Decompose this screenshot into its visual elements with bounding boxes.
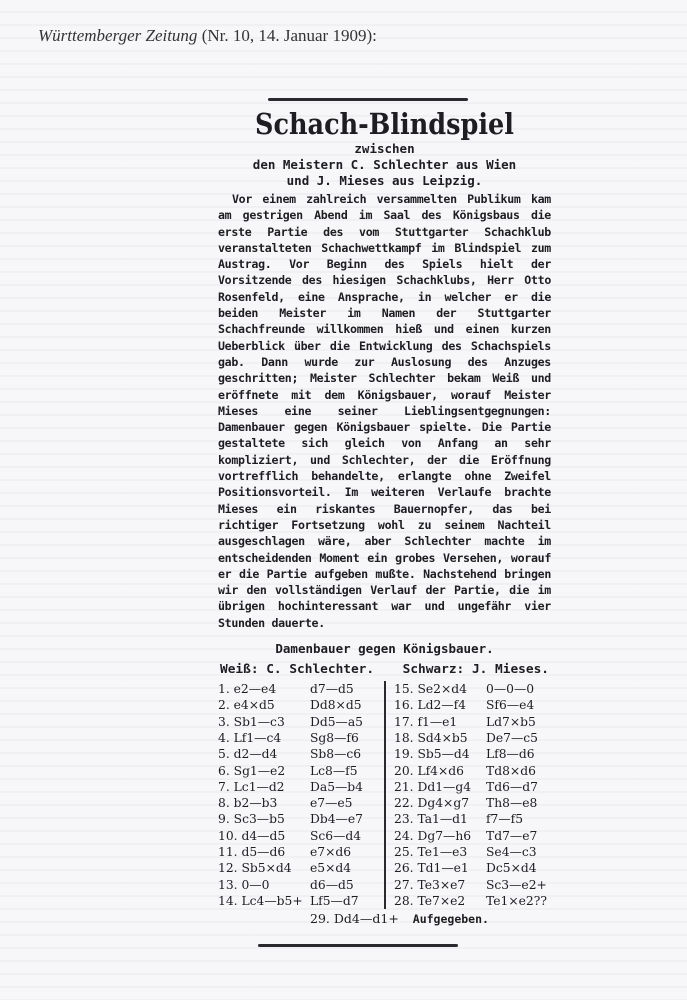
- subtitle-players-1: den Meistern C. Schlechter aus Wien: [218, 157, 551, 173]
- article-body: Vor einem zahlreich versammelten Publiku…: [218, 191, 551, 631]
- white-move: 4. Lf1—c4: [218, 730, 310, 746]
- white-move: 9. Sc3—b5: [218, 811, 310, 827]
- move-list: 1. e2—e4d7—d5 2. e4×d5Dd8×d5 3. Sb1—c3Dd…: [218, 681, 551, 909]
- black-move: Sc3—e2+: [486, 877, 558, 893]
- white-move: 7. Lc1—d2: [218, 779, 310, 795]
- black-move: Sg8—f6: [310, 730, 382, 746]
- white-move: 14. Lc4—b5+: [218, 893, 310, 909]
- white-move: 15. Se2×d4: [394, 681, 486, 697]
- black-move: Dc5×d4: [486, 860, 558, 876]
- move-row: 8. b2—b3e7—e5: [218, 795, 382, 811]
- black-move: Se4—c3: [486, 844, 558, 860]
- move-row: 11. d5—d6e7×d6: [218, 844, 382, 860]
- move-row: 25. Te1—e3Se4—c3: [394, 844, 558, 860]
- black-move: Dd8×d5: [310, 697, 382, 713]
- white-move: 17. f1—e1: [394, 714, 486, 730]
- white-move: 5. d2—d4: [218, 746, 310, 762]
- white-move: 26. Td1—e1: [394, 860, 486, 876]
- black-move: Td6—d7: [486, 779, 558, 795]
- black-move: Da5—b4: [310, 779, 382, 795]
- move-row: 24. Dg7—h6Td7—e7: [394, 828, 558, 844]
- black-move: De7—c5: [486, 730, 558, 746]
- move-row: 9. Sc3—b5Db4—e7: [218, 811, 382, 827]
- game-opening-title: Damenbauer gegen Königsbauer.: [218, 641, 551, 656]
- black-move: Dd5—a5: [310, 714, 382, 730]
- black-move: Lf8—d6: [486, 746, 558, 762]
- game-result: Aufgegeben.: [413, 912, 489, 926]
- subtitle-players-2: und J. Mieses aus Leipzig.: [218, 173, 551, 189]
- black-move: 0—0—0: [486, 681, 558, 697]
- move-row: 26. Td1—e1Dc5×d4: [394, 860, 558, 876]
- move-row: 1. e2—e4d7—d5: [218, 681, 382, 697]
- issue-info: (Nr. 10, 14. Januar 1909):: [202, 26, 377, 45]
- bottom-rule: [258, 944, 458, 947]
- move-row: 19. Sb5—d4Lf8—d6: [394, 746, 558, 762]
- move-row: 21. Dd1—g4Td6—d7: [394, 779, 558, 795]
- white-move: 25. Te1—e3: [394, 844, 486, 860]
- white-move: 3. Sb1—c3: [218, 714, 310, 730]
- black-move: e5×d4: [310, 860, 382, 876]
- move-row: 4. Lf1—c4Sg8—f6: [218, 730, 382, 746]
- source-citation: Württemberger Zeitung (Nr. 10, 14. Janua…: [38, 26, 377, 46]
- article-title: Schach-Blindspiel: [238, 107, 531, 141]
- white-move: 10. d4—d5: [218, 828, 310, 844]
- white-move: 12. Sb5×d4: [218, 860, 310, 876]
- black-move: Td8×d6: [486, 763, 558, 779]
- black-move: Td7—e7: [486, 828, 558, 844]
- move-row: 6. Sg1—e2Lc8—f5: [218, 763, 382, 779]
- final-move: 29. Dd4—d1+: [310, 911, 399, 926]
- white-move: 28. Te7×e2: [394, 893, 486, 909]
- move-row: 18. Sd4×b5De7—c5: [394, 730, 558, 746]
- moves-column-right: 15. Se2×d40—0—0 16. Ld2—f4Sf6—e4 17. f1—…: [386, 681, 558, 909]
- move-row: 28. Te7×e2Te1×e2??: [394, 893, 558, 909]
- top-rule: [268, 98, 468, 101]
- move-row: 15. Se2×d40—0—0: [394, 681, 558, 697]
- move-row: 3. Sb1—c3Dd5—a5: [218, 714, 382, 730]
- white-move: 21. Dd1—g4: [394, 779, 486, 795]
- black-move: Lc8—f5: [310, 763, 382, 779]
- black-move: Lf5—d7: [310, 893, 382, 909]
- move-row: 22. Dg4×g7Th8—e8: [394, 795, 558, 811]
- subtitle-between: zwischen: [218, 141, 551, 157]
- white-move: 11. d5—d6: [218, 844, 310, 860]
- article-paragraph: Vor einem zahlreich versammelten Publiku…: [218, 191, 551, 631]
- black-move: Ld7×b5: [486, 714, 558, 730]
- white-move: 13. 0—0: [218, 877, 310, 893]
- moves-column-left: 1. e2—e4d7—d5 2. e4×d5Dd8×d5 3. Sb1—c3Dd…: [218, 681, 386, 909]
- white-player: Weiß: C. Schlechter.: [220, 662, 374, 677]
- black-move: Th8—e8: [486, 795, 558, 811]
- white-move: 1. e2—e4: [218, 681, 310, 697]
- move-row: 10. d4—d5Sc6—d4: [218, 828, 382, 844]
- move-row: 23. Ta1—d1f7—f5: [394, 811, 558, 827]
- black-move: e7—e5: [310, 795, 382, 811]
- white-move: 22. Dg4×g7: [394, 795, 486, 811]
- white-move: 2. e4×d5: [218, 697, 310, 713]
- move-row: 17. f1—e1Ld7×b5: [394, 714, 558, 730]
- black-move: Sf6—e4: [486, 697, 558, 713]
- black-move: Sc6—d4: [310, 828, 382, 844]
- black-move: d6—d5: [310, 877, 382, 893]
- white-move: 16. Ld2—f4: [394, 697, 486, 713]
- black-player: Schwarz: J. Mieses.: [403, 662, 549, 677]
- move-row: 2. e4×d5Dd8×d5: [218, 697, 382, 713]
- black-move: Db4—e7: [310, 811, 382, 827]
- black-move: Sb8—c6: [310, 746, 382, 762]
- players-header: Weiß: C. Schlechter. Schwarz: J. Mieses.: [218, 662, 551, 677]
- move-row: 7. Lc1—d2Da5—b4: [218, 779, 382, 795]
- white-move: 23. Ta1—d1: [394, 811, 486, 827]
- white-move: 19. Sb5—d4: [394, 746, 486, 762]
- black-move: e7×d6: [310, 844, 382, 860]
- white-move: 8. b2—b3: [218, 795, 310, 811]
- move-row: 20. Lf4×d6Td8×d6: [394, 763, 558, 779]
- white-move: 18. Sd4×b5: [394, 730, 486, 746]
- newspaper-clipping: Schach-Blindspiel zwischen den Meistern …: [218, 98, 551, 947]
- white-move: 24. Dg7—h6: [394, 828, 486, 844]
- move-row: 16. Ld2—f4Sf6—e4: [394, 697, 558, 713]
- final-move-line: 29. Dd4—d1+ Aufgegeben.: [218, 911, 551, 926]
- move-row: 14. Lc4—b5+Lf5—d7: [218, 893, 382, 909]
- move-row: 13. 0—0d6—d5: [218, 877, 382, 893]
- black-move: f7—f5: [486, 811, 558, 827]
- move-row: 12. Sb5×d4e5×d4: [218, 860, 382, 876]
- publication-name: Württemberger Zeitung: [38, 26, 197, 45]
- move-row: 27. Te3×e7Sc3—e2+: [394, 877, 558, 893]
- move-row: 5. d2—d4Sb8—c6: [218, 746, 382, 762]
- white-move: 20. Lf4×d6: [394, 763, 486, 779]
- white-move: 6. Sg1—e2: [218, 763, 310, 779]
- black-move: d7—d5: [310, 681, 382, 697]
- white-move: 27. Te3×e7: [394, 877, 486, 893]
- black-move: Te1×e2??: [486, 893, 558, 909]
